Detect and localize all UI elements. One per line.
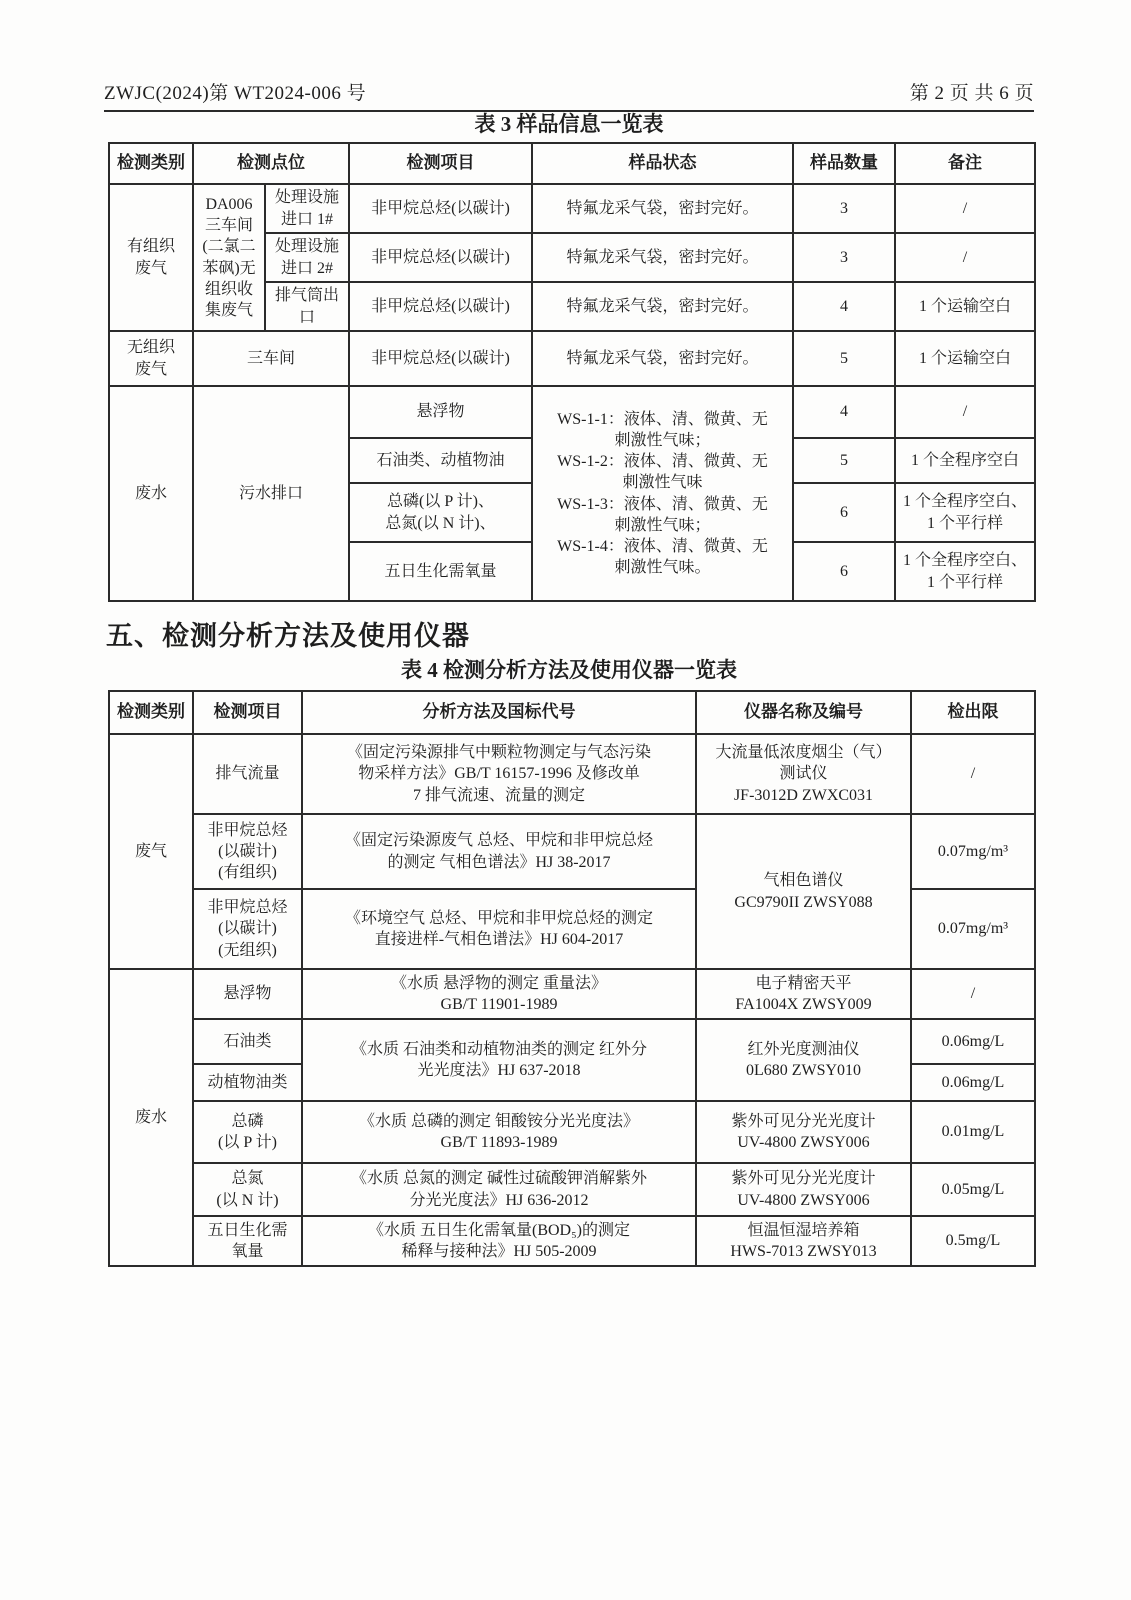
t3-header-point: 检测点位 [193,143,349,184]
t4-item-nmhc-organized: 非甲烷总烃 (以碳计) (有组织) [193,814,302,889]
table-row: 废水 悬浮物 《水质 悬浮物的测定 重量法》 GB/T 11901-1989 电… [109,969,1035,1019]
t4-header-method: 分析方法及国标代号 [302,691,696,734]
t4-item-petroleum: 石油类 [193,1019,302,1064]
t3-quantity-5: 4 [793,386,895,438]
section5-heading: 五、检测分析方法及使用仪器 [106,614,470,653]
t4-item-suspended-solids: 悬浮物 [193,969,302,1019]
t3-status-gas-2: 特氟龙采气袋，密封完好。 [532,233,793,282]
t3-item-nmhc-2: 非甲烷总烃(以碳计) [349,233,532,282]
t3-header-note: 备注 [895,143,1035,184]
t4-limit-1: / [911,734,1035,814]
t3-quantity-7: 6 [793,483,895,542]
t3-category-unorganized: 无组织 废气 [109,331,193,386]
t4-item-total-nitrogen: 总氮 (以 N 计) [193,1163,302,1216]
t3-point-sewage-outlet: 污水排口 [193,386,349,601]
t4-instrument-uv-tp: 紫外可见分光光度计 UV-4800 ZWSY006 [696,1101,911,1163]
t3-note-3: 1 个运输空白 [895,282,1035,331]
t3-header-category: 检测类别 [109,143,193,184]
t3-quantity-1: 3 [793,184,895,233]
t4-instrument-uv-tn: 紫外可见分光光度计 UV-4800 ZWSY006 [696,1163,911,1216]
t3-item-tp-tn: 总磷(以 P 计)、 总氮(以 N 计)、 [349,483,532,542]
report-number: ZWJC(2024)第 WT2024-006 号 [104,78,366,105]
page-indicator: 第 2 页 共 6 页 [910,78,1034,105]
t4-instrument-oil-meter: 红外光度测油仪 0L680 ZWSY010 [696,1019,911,1101]
table-row: 有组织 废气 DA006 三车间 (二氯二 苯砜)无 组织收 集废气 处理设施 … [109,184,1035,233]
t3-note-1: / [895,184,1035,233]
table-row: 非甲烷总烃 (以碳计) (有组织) 《固定污染源废气 总烃、甲烷和非甲烷总烃 的… [109,814,1035,889]
t3-note-2: / [895,233,1035,282]
t3-point-inlet2: 处理设施 进口 2# [265,233,349,282]
t3-item-suspended-solids: 悬浮物 [349,386,532,438]
t3-point-workshop3: 三车间 [193,331,349,386]
table-row: 总磷 (以 P 计) 《水质 总磷的测定 钼酸铵分光光度法》 GB/T 1189… [109,1101,1035,1163]
table3-title: 表 3 样品信息一览表 [104,108,1034,138]
t3-quantity-8: 6 [793,542,895,601]
t3-quantity-4: 5 [793,331,895,386]
t4-limit-5: 0.06mg/L [911,1019,1035,1064]
t3-point-main: DA006 三车间 (二氯二 苯砜)无 组织收 集废气 [193,184,265,331]
t4-limit-7: 0.01mg/L [911,1101,1035,1163]
t4-method-hj636: 《水质 总氮的测定 碱性过硫酸钾消解紫外 分光光度法》HJ 636-2012 [302,1163,696,1216]
t3-header-item: 检测项目 [349,143,532,184]
t3-point-outlet: 排气筒出 口 [265,282,349,331]
sample-info-table: 检测类别 检测点位 检测项目 样品状态 样品数量 备注 有组织 废气 DA006… [108,142,1036,602]
t4-category-wastewater: 废水 [109,969,193,1266]
t4-header-item: 检测项目 [193,691,302,734]
t3-item-bod5: 五日生化需氧量 [349,542,532,601]
table-row: 废水 污水排口 悬浮物 WS-1-1：液体、清、微黄、无 刺激性气味； WS-1… [109,386,1035,438]
report-page: ZWJC(2024)第 WT2024-006 号 第 2 页 共 6 页 表 3… [0,0,1131,1600]
t4-method-hj637: 《水质 石油类和动植物油类的测定 红外分 光光度法》HJ 637-2018 [302,1019,696,1101]
t3-category-organized: 有组织 废气 [109,184,193,331]
t3-item-oil: 石油类、动植物油 [349,438,532,483]
t4-limit-2: 0.07mg/m³ [911,814,1035,889]
table-row: 无组织 废气 三车间 非甲烷总烃(以碳计) 特氟龙采气袋，密封完好。 5 1 个… [109,331,1035,386]
document-header: ZWJC(2024)第 WT2024-006 号 第 2 页 共 6 页 [104,78,1034,112]
table4-title: 表 4 检测分析方法及使用仪器一览表 [104,654,1034,684]
t3-quantity-3: 4 [793,282,895,331]
t4-instrument-incubator: 恒温恒湿培养箱 HWS-7013 ZWSY013 [696,1216,911,1266]
t4-item-animal-vegetable-oil: 动植物油类 [193,1064,302,1101]
t4-method-exhaust-flow: 《固定污染源排气中颗粒物测定与气态污染 物采样方法》GB/T 16157-199… [302,734,696,814]
table4-header-row: 检测类别 检测项目 分析方法及国标代号 仪器名称及编号 检出限 [109,691,1035,734]
t4-method-hj505: 《水质 五日生化需氧量(BOD₅)的测定 稀释与接种法》HJ 505-2009 [302,1216,696,1266]
t4-item-bod5: 五日生化需 氧量 [193,1216,302,1266]
t3-point-inlet1: 处理设施 进口 1# [265,184,349,233]
table-row: 五日生化需 氧量 《水质 五日生化需氧量(BOD₅)的测定 稀释与接种法》HJ … [109,1216,1035,1266]
t3-note-5: / [895,386,1035,438]
t3-quantity-6: 5 [793,438,895,483]
t3-note-6: 1 个全程序空白 [895,438,1035,483]
t3-status-gas-1: 特氟龙采气袋，密封完好。 [532,184,793,233]
t4-header-instrument: 仪器名称及编号 [696,691,911,734]
t3-status-gas-4: 特氟龙采气袋，密封完好。 [532,331,793,386]
method-instrument-table: 检测类别 检测项目 分析方法及国标代号 仪器名称及编号 检出限 废气 排气流量 … [108,690,1036,1267]
t3-quantity-2: 3 [793,233,895,282]
t3-note-7: 1 个全程序空白、 1 个平行样 [895,483,1035,542]
t3-status-wastewater: WS-1-1：液体、清、微黄、无 刺激性气味； WS-1-2：液体、清、微黄、无… [532,386,793,601]
t4-method-hj604: 《环境空气 总烃、甲烷和非甲烷总烃的测定 直接进样-气相色谱法》HJ 604-2… [302,889,696,969]
table-row: 石油类 《水质 石油类和动植物油类的测定 红外分 光光度法》HJ 637-201… [109,1019,1035,1064]
t4-limit-8: 0.05mg/L [911,1163,1035,1216]
t4-item-exhaust-flow: 排气流量 [193,734,302,814]
t4-instrument-balance: 电子精密天平 FA1004X ZWSY009 [696,969,911,1019]
t3-category-wastewater: 废水 [109,386,193,601]
table-row: 总氮 (以 N 计) 《水质 总氮的测定 碱性过硫酸钾消解紫外 分光光度法》HJ… [109,1163,1035,1216]
t4-method-gbt11893: 《水质 总磷的测定 钼酸铵分光光度法》 GB/T 11893-1989 [302,1101,696,1163]
t4-method-hj38: 《固定污染源废气 总烃、甲烷和非甲烷总烃 的测定 气相色谱法》HJ 38-201… [302,814,696,889]
t4-limit-4: / [911,969,1035,1019]
t4-header-category: 检测类别 [109,691,193,734]
t4-limit-3: 0.07mg/m³ [911,889,1035,969]
t4-header-limit: 检出限 [911,691,1035,734]
t4-item-total-phosphorus: 总磷 (以 P 计) [193,1101,302,1163]
t3-note-8: 1 个全程序空白、 1 个平行样 [895,542,1035,601]
t4-instrument-gc: 气相色谱仪 GC9790II ZWSY088 [696,814,911,969]
table-row: 废气 排气流量 《固定污染源排气中颗粒物测定与气态污染 物采样方法》GB/T 1… [109,734,1035,814]
t4-limit-6: 0.06mg/L [911,1064,1035,1101]
t3-header-status: 样品状态 [532,143,793,184]
t4-limit-9: 0.5mg/L [911,1216,1035,1266]
t4-category-gas: 废气 [109,734,193,969]
t4-instrument-dust-tester: 大流量低浓度烟尘（气） 测试仪 JF-3012D ZWXC031 [696,734,911,814]
t3-item-nmhc-3: 非甲烷总烃(以碳计) [349,282,532,331]
t4-method-gbt11901: 《水质 悬浮物的测定 重量法》 GB/T 11901-1989 [302,969,696,1019]
t3-header-quantity: 样品数量 [793,143,895,184]
t4-item-nmhc-unorganized: 非甲烷总烃 (以碳计) (无组织) [193,889,302,969]
t3-item-nmhc-1: 非甲烷总烃(以碳计) [349,184,532,233]
t3-note-4: 1 个运输空白 [895,331,1035,386]
t3-item-nmhc-4: 非甲烷总烃(以碳计) [349,331,532,386]
t3-status-gas-3: 特氟龙采气袋，密封完好。 [532,282,793,331]
table3-header-row: 检测类别 检测点位 检测项目 样品状态 样品数量 备注 [109,143,1035,184]
